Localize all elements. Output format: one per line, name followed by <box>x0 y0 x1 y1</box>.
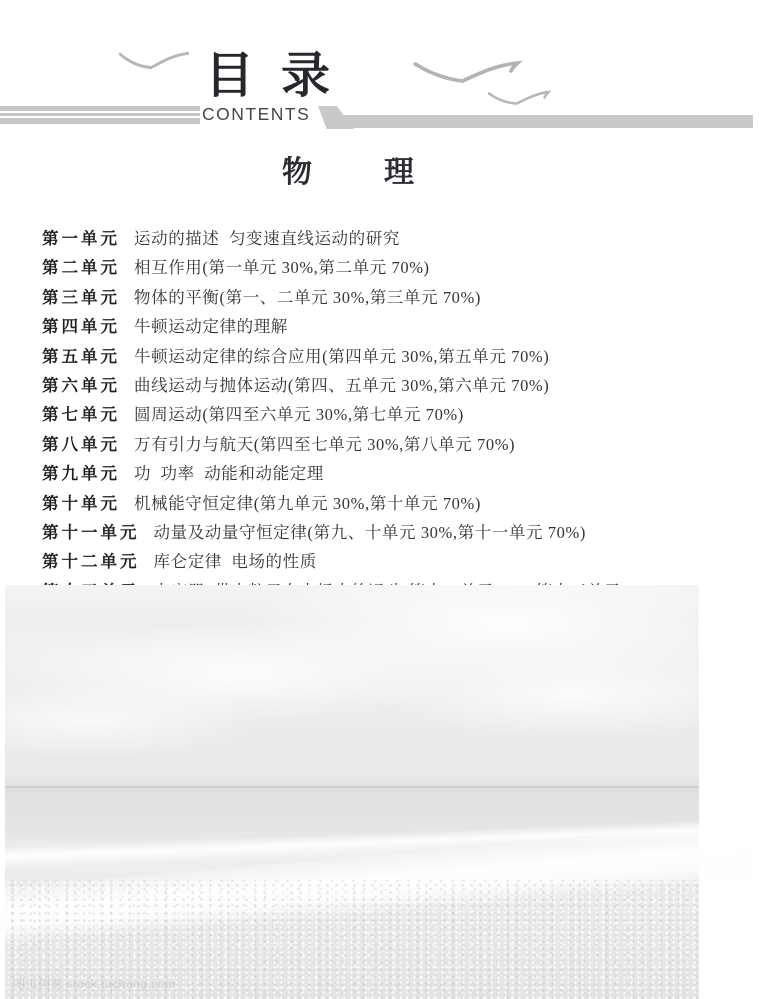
contents-subtitle: CONTENTS <box>202 105 310 124</box>
unit-desc: 万有引力与航天(第四至七单元 30%,第八单元 70%) <box>134 435 515 454</box>
toc-item: 第八单元万有引力与航天(第四至七单元 30%,第八单元 70%) <box>0 430 759 459</box>
unit-label: 第五单元 <box>42 348 120 366</box>
subject-heading: 物 理 <box>282 156 414 189</box>
toc-item: 第二单元相互作用(第一单元 30%,第二单元 70%) <box>0 253 759 282</box>
unit-desc: 圆周运动(第四至六单元 30%,第七单元 70%) <box>134 405 464 424</box>
toc-item: 第三单元物体的平衡(第一、二单元 30%,第三单元 70%) <box>0 283 759 312</box>
unit-label: 第十单元 <box>42 495 120 513</box>
unit-label: 第九单元 <box>42 465 120 483</box>
seagull-icon <box>487 88 551 107</box>
toc-item: 第七单元圆周运动(第四至六单元 30%,第七单元 70%) <box>0 400 759 429</box>
unit-desc: 曲线运动与抛体运动(第四、五单元 30%,第六单元 70%) <box>134 376 549 395</box>
unit-desc: 功 功率 动能和动能定理 <box>134 464 324 483</box>
seagull-icon <box>118 48 190 73</box>
seagull-icon <box>412 58 522 86</box>
unit-label: 第八单元 <box>42 436 120 454</box>
unit-label: 第二单元 <box>42 259 120 277</box>
beach-background-image: 图虫创意 stock.tuchong.com <box>5 585 699 999</box>
unit-label: 第十一单元 <box>42 524 140 542</box>
toc-item: 第十二单元库仑定律 电场的性质 <box>0 547 759 576</box>
clouds-decoration <box>5 585 699 795</box>
toc-item: 第六单元曲线运动与抛体运动(第四、五单元 30%,第六单元 70%) <box>0 371 759 400</box>
subject-char: 物 <box>282 156 312 189</box>
unit-label: 第七单元 <box>42 406 120 424</box>
toc-page: 目 录 CONTENTS 物 理 第一单元运动的描述 匀变速直线运动的研究第二单… <box>0 0 759 999</box>
stock-watermark: 图虫创意 stock.tuchong.com <box>13 975 175 992</box>
unit-desc: 动量及动量守恒定律(第九、十单元 30%,第十一单元 70%) <box>154 523 586 542</box>
unit-label: 第十二单元 <box>42 553 140 571</box>
header-bar <box>344 115 753 128</box>
unit-label: 第三单元 <box>42 289 120 307</box>
unit-desc: 牛顿运动定律的综合应用(第四单元 30%,第五单元 70%) <box>134 347 549 366</box>
unit-label: 第一单元 <box>42 230 120 248</box>
unit-desc: 相互作用(第一单元 30%,第二单元 70%) <box>134 258 430 277</box>
subject-char: 理 <box>384 156 414 189</box>
toc-item: 第四单元牛顿运动定律的理解 <box>0 312 759 341</box>
unit-desc: 运动的描述 匀变速直线运动的研究 <box>134 229 400 248</box>
toc-item: 第五单元牛顿运动定律的综合应用(第四单元 30%,第五单元 70%) <box>0 342 759 371</box>
unit-desc: 机械能守恒定律(第九单元 30%,第十单元 70%) <box>134 494 481 513</box>
page-title: 目 录 <box>205 50 330 101</box>
toc-item: 第十一单元动量及动量守恒定律(第九、十单元 30%,第十一单元 70%) <box>0 518 759 547</box>
unit-desc: 牛顿运动定律的理解 <box>134 317 288 336</box>
unit-desc: 库仑定律 电场的性质 <box>154 552 317 571</box>
toc-item: 第十单元机械能守恒定律(第九单元 30%,第十单元 70%) <box>0 489 759 518</box>
page-title-char: 目 <box>205 50 254 101</box>
toc-item: 第九单元功 功率 动能和动能定理 <box>0 459 759 488</box>
unit-label: 第四单元 <box>42 318 120 336</box>
unit-label: 第六单元 <box>42 377 120 395</box>
horizon-line <box>5 786 699 788</box>
header-stripe-decoration <box>0 106 200 124</box>
toc-item: 第一单元运动的描述 匀变速直线运动的研究 <box>0 224 759 253</box>
unit-desc: 物体的平衡(第一、二单元 30%,第三单元 70%) <box>134 288 481 307</box>
page-title-char: 录 <box>281 50 330 101</box>
